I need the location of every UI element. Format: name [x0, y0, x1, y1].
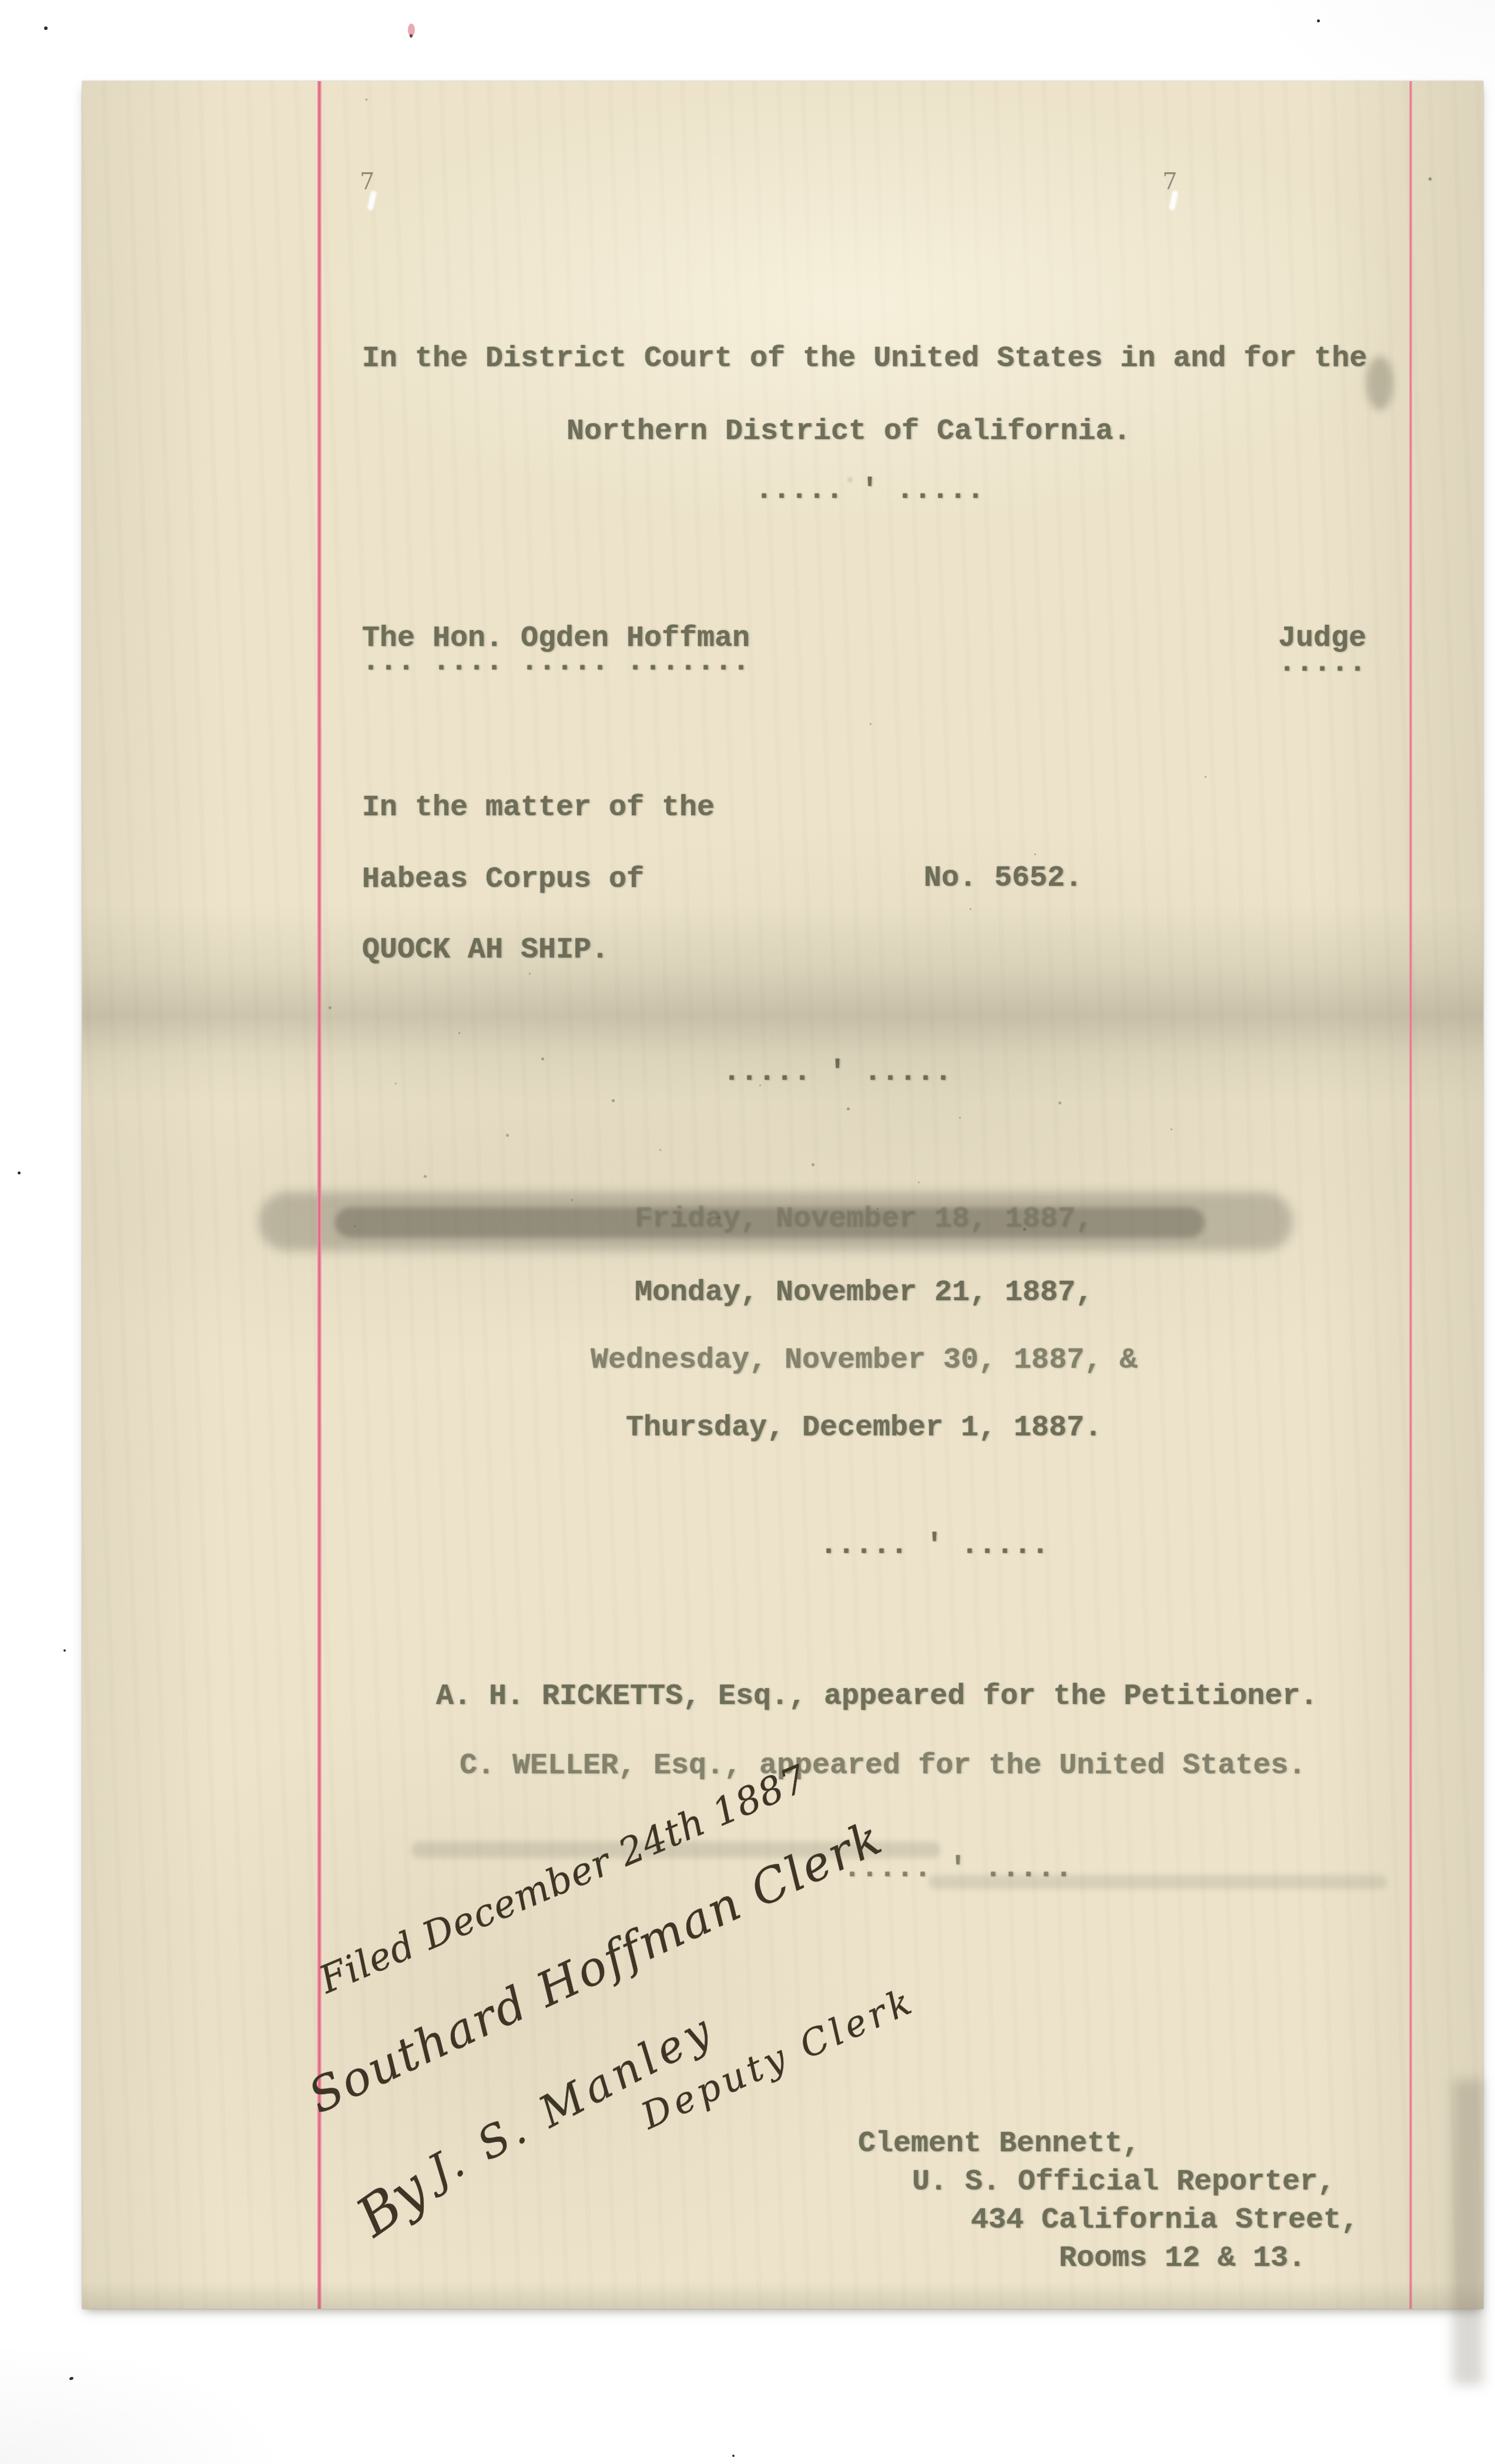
ink-blot	[1366, 356, 1393, 410]
section-separator-1: ..... ' .....	[755, 476, 984, 505]
right-margin-rule	[1409, 81, 1412, 2309]
scan-speck	[18, 1171, 21, 1174]
court-header-line-2: Northern District of California.	[567, 417, 1131, 447]
judge-name-underline: ... .... ..... .......	[362, 648, 750, 677]
scan-speck	[732, 2455, 735, 2457]
document-page: 7 7 In the District Court of the United …	[82, 81, 1483, 2309]
scan-speck	[63, 1649, 66, 1652]
hearing-date-4: Thursday, December 1, 1887.	[626, 1414, 1102, 1443]
hearing-date-3: Wednesday, November 30, 1887, &	[591, 1346, 1137, 1375]
court-header-line-1: In the District Court of the United Stat…	[362, 344, 1367, 374]
pink-ink-mark	[408, 24, 415, 36]
hearing-date-2: Monday, November 21, 1887,	[635, 1278, 1093, 1308]
reporter-rooms: Rooms 12 & 13.	[1059, 2244, 1306, 2274]
section-separator-3: ..... ' .....	[820, 1531, 1049, 1561]
appearance-united-states: C. WELLER, Esq., appeared for the United…	[460, 1752, 1306, 1781]
hearing-date-1: Friday, November 18, 1887,	[635, 1205, 1093, 1234]
reporter-title: U. S. Official Reporter,	[912, 2168, 1335, 2197]
scan-speck	[44, 26, 48, 30]
section-separator-2: ..... ' .....	[723, 1058, 952, 1087]
scan-speck	[1317, 19, 1320, 22]
reporter-address: 434 California Street,	[971, 2206, 1359, 2235]
by-prefix-handwriting: By	[348, 2161, 437, 2245]
caption-matter-line-1: In the matter of the	[362, 794, 715, 823]
caption-matter-line-2: Habeas Corpus of	[362, 865, 644, 895]
reporter-name: Clement Bennett,	[858, 2130, 1140, 2159]
judge-title-underline: .....	[1278, 649, 1366, 678]
appearance-petitioner: A. H. RICKETTS, Esq., appeared for the P…	[436, 1682, 1318, 1712]
paper-speckles	[82, 81, 84, 83]
right-edge-smudge	[1453, 2080, 1483, 2385]
case-number: No. 5652.	[924, 864, 1082, 893]
petitioner-name: QUOCK AH SHIP.	[362, 936, 609, 965]
